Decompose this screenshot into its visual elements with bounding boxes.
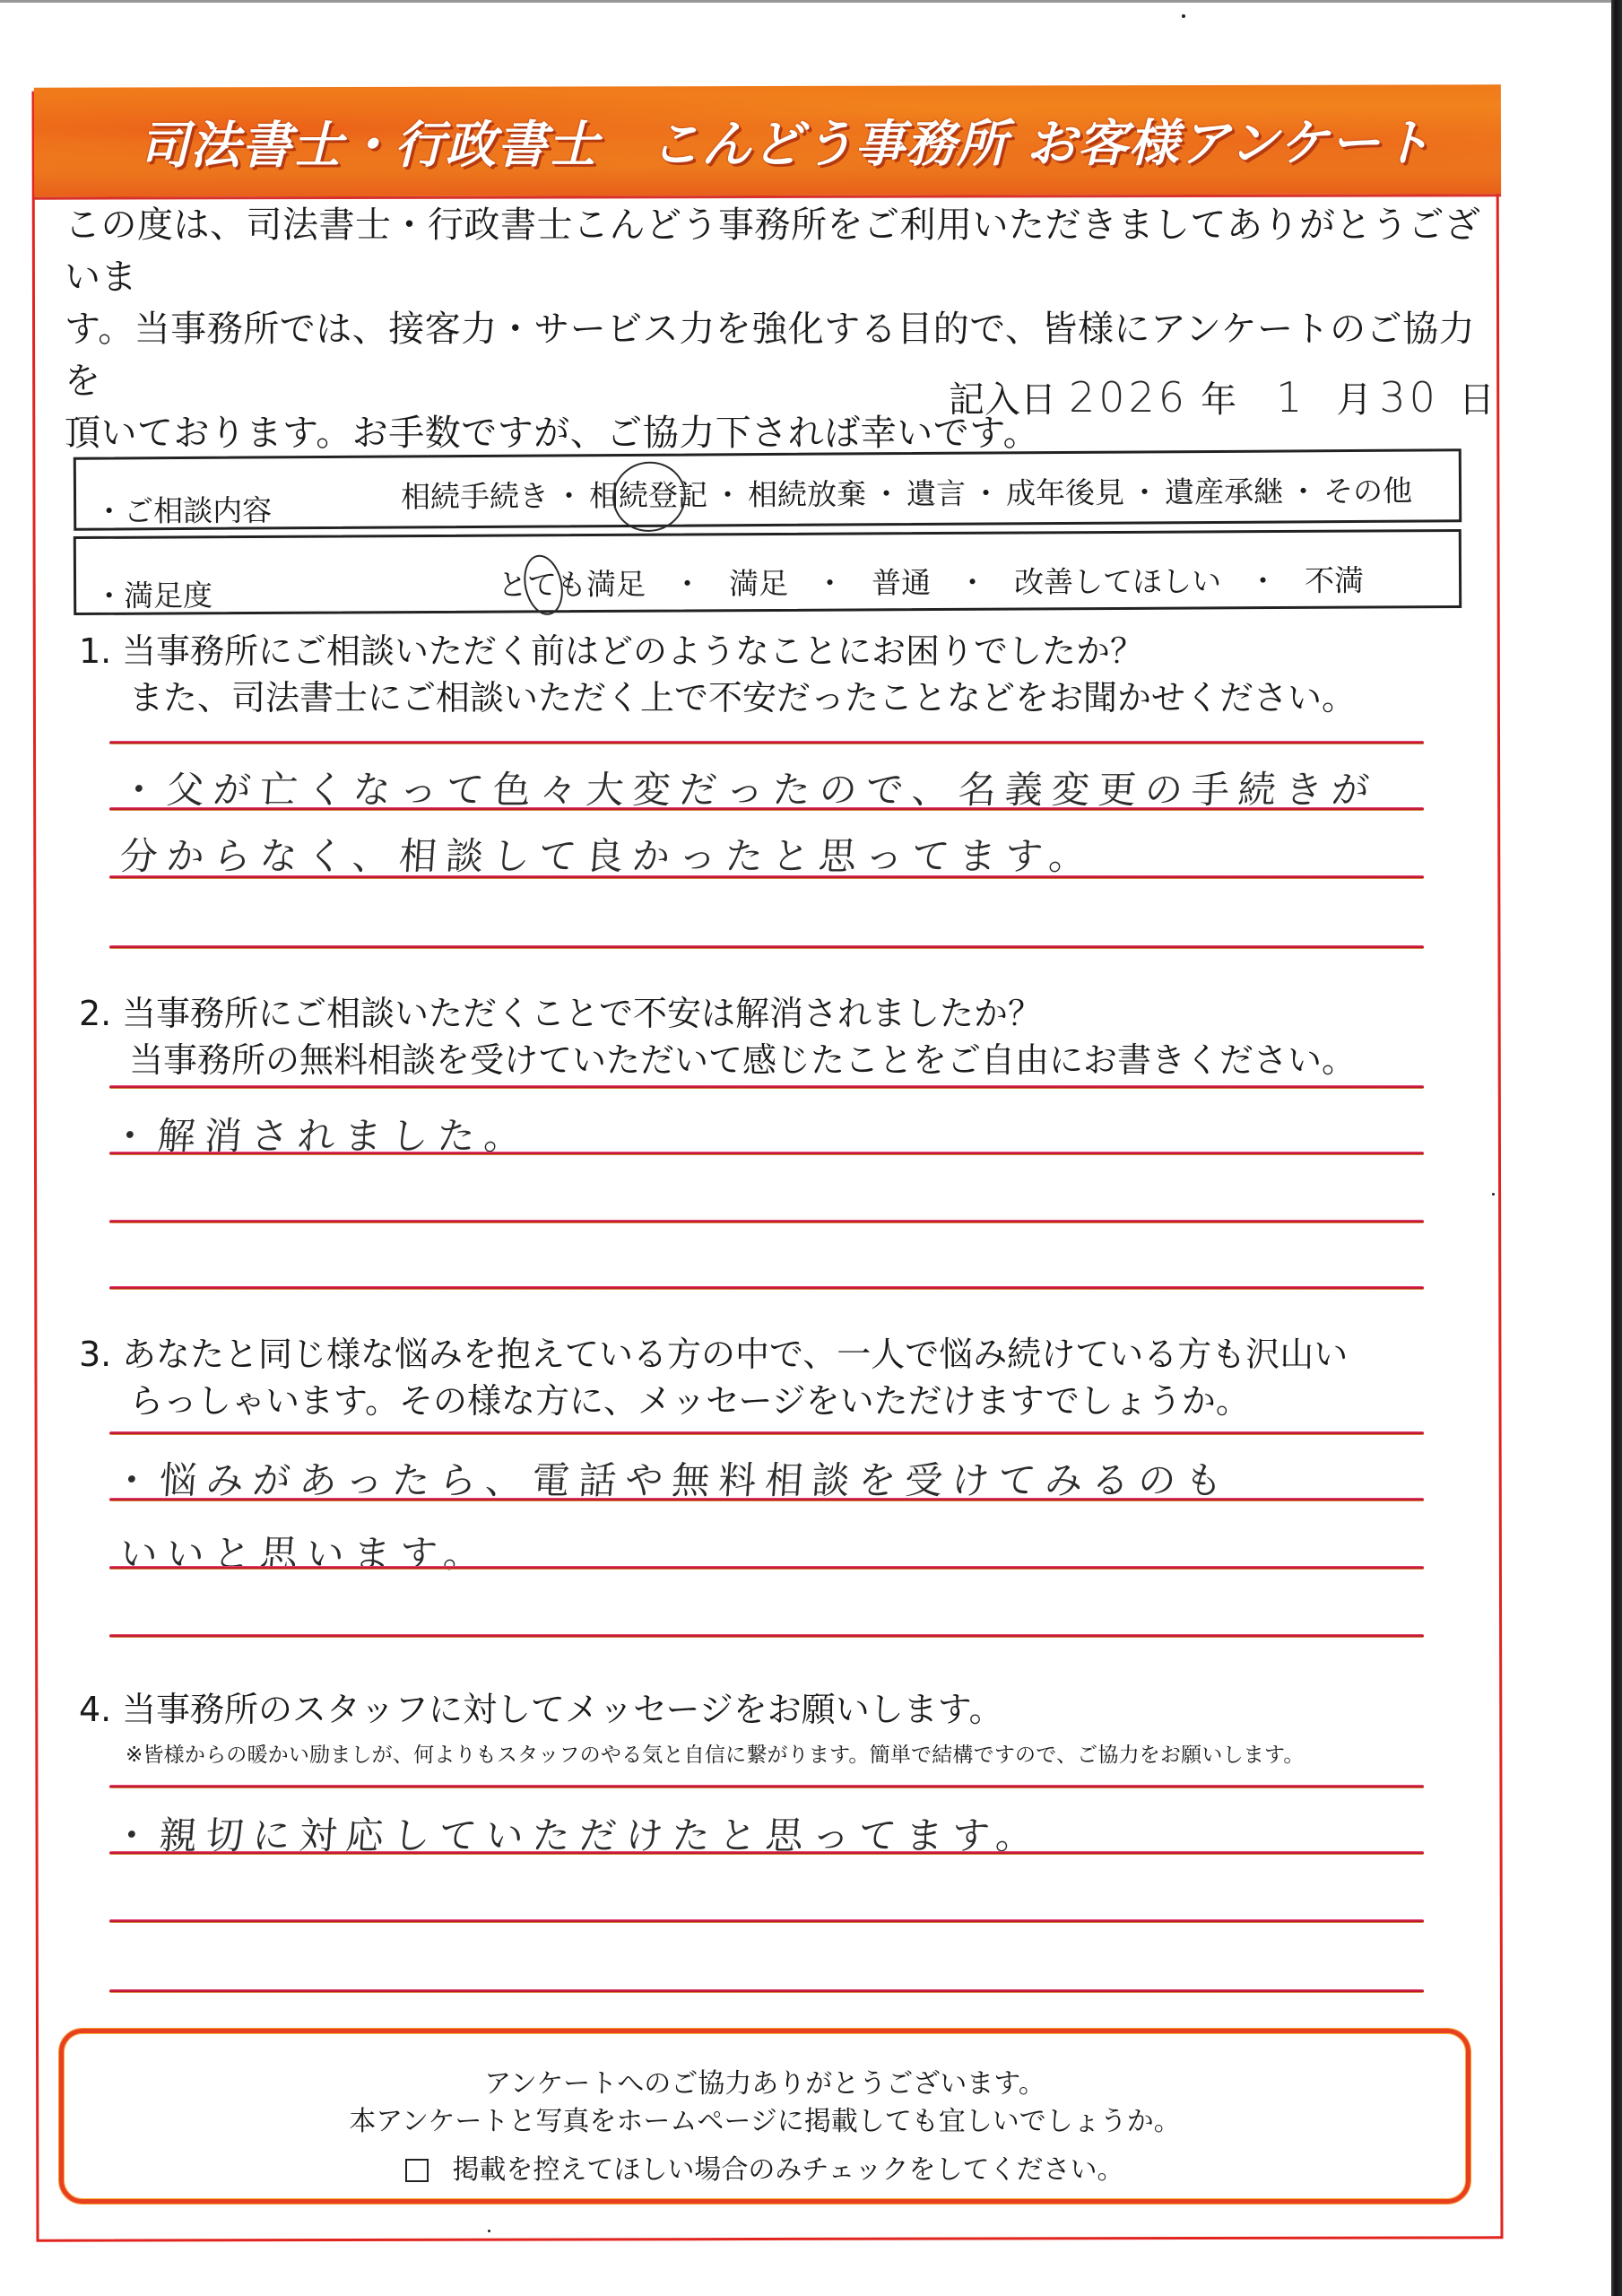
separator: ・ — [958, 560, 987, 602]
survey-title: 司法書士・行政書士 こんどう事務所 お客様アンケート — [139, 103, 1432, 178]
question-number: 2. — [79, 990, 122, 1037]
satisfaction-label: ・満足度 — [94, 572, 213, 615]
date-label: 記入日 — [949, 371, 1056, 422]
answer-rule — [109, 945, 1424, 949]
question-1-answer-line-2[interactable]: 分からなく、相談して良かったと思ってます。 — [118, 827, 1097, 881]
closing-publish-question: 本アンケートと写真をホームページに掲載しても宜しいでしょうか。 — [64, 2103, 1466, 2141]
question-3-answer-line-2[interactable]: いいと思います。 — [118, 1525, 492, 1578]
opt-out-checkbox[interactable] — [405, 2159, 429, 2182]
option-inheritance-renunciation[interactable]: 相続放棄 — [748, 471, 866, 514]
question-1-line-1: 1.当事務所にご相談いただく前はどのようなことにお困りでしたか？ — [79, 628, 1478, 674]
answer-rule — [109, 1785, 1424, 1788]
scan-right-edge — [1611, 0, 1622, 2296]
question-text: 当事務所にご相談いただくことで不安は解消されましたか？ — [122, 994, 1042, 1033]
answer-rule — [109, 1085, 1424, 1089]
option-neutral[interactable]: 普通 — [872, 560, 931, 602]
question-4-note: ※皆様からの暖かい励ましが、何よりもスタッフのやる気と自信に繋がります。簡単で結… — [79, 1738, 1478, 1768]
answer-rule — [109, 1431, 1424, 1435]
selected-circle-mark — [518, 552, 568, 619]
scan-speck — [1492, 1193, 1495, 1196]
question-1: 1.当事務所にご相談いただく前はどのようなことにお困りでしたか？ また、司法書士… — [79, 628, 1478, 721]
scan-top-edge — [0, 0, 1622, 3]
survey-header: 司法書士・行政書士 こんどう事務所 お客様アンケート — [34, 84, 1501, 199]
question-1-line-2: また、司法書士にご相談いただく上で不安だったことなどをお聞かせください。 — [79, 674, 1478, 721]
question-2-line-2: 当事務所の無料相談を受けていただいて感じたことをご自由にお書きください。 — [79, 1037, 1478, 1083]
answer-rule — [109, 807, 1424, 811]
opt-out-row: 掲載を控えてほしい場合のみチェックをしてください。 — [405, 2152, 1123, 2189]
question-text: 当事務所にご相談いただく前はどのようなことにお困りでしたか？ — [122, 631, 1144, 671]
scan-speck — [1182, 14, 1185, 18]
option-inheritance-registration[interactable]: 相続登記 — [589, 472, 707, 515]
question-text: 当事務所のスタッフに対してメッセージをお願いします。 — [122, 1690, 1003, 1729]
separator: ・ — [672, 561, 702, 603]
date-month-unit: 月 — [1336, 371, 1372, 422]
answer-rule — [109, 875, 1424, 879]
consultation-type-box: ・ご相談内容 相続手続き ・ 相続登記 ・ 相続放棄 ・ 遺言 ・ 成年後見 ・… — [74, 448, 1462, 530]
intro-line-1: この度は、司法書士・行政書士こんどう事務所をご利用いただきましてありがとうござい… — [65, 199, 1490, 303]
consultation-label: ・ご相談内容 — [94, 487, 272, 530]
question-1-answer-line-1[interactable]: ・父が亡くなって色々大変だったので、名義変更の手続きが — [118, 761, 1380, 814]
date-year-unit: 年 — [1201, 371, 1236, 422]
answer-rule — [109, 741, 1424, 744]
opt-out-label: 掲載を控えてほしい場合のみチェックをしてください。 — [452, 2152, 1123, 2189]
option-other[interactable]: その他 — [1323, 468, 1412, 511]
option-adult-guardianship[interactable]: 成年後見 — [1006, 470, 1124, 513]
answer-rule — [109, 1634, 1424, 1638]
separator: ・ — [1288, 468, 1318, 510]
separator: ・ — [1130, 469, 1159, 511]
question-4-line-1: 4.当事務所のスタッフに対してメッセージをお願いします。 — [79, 1686, 1478, 1733]
satisfaction-box: ・満足度 とても満足 ・ 満足 ・ 普通 ・ 改善してほしい ・ 不満 — [74, 529, 1462, 615]
separator: ・ — [971, 470, 1001, 512]
date-month[interactable]: 1 — [1276, 373, 1305, 422]
option-label: とても満足 — [498, 567, 646, 603]
separator: ・ — [713, 472, 742, 514]
question-number: 1. — [79, 628, 122, 674]
date-day[interactable]: 30 — [1379, 373, 1439, 422]
question-number: 3. — [79, 1331, 122, 1378]
answer-rule — [109, 1220, 1424, 1223]
consultation-options: 相続手続き ・ 相続登記 ・ 相続放棄 ・ 遺言 ・ 成年後見 ・ 遺産承継 ・… — [401, 468, 1412, 517]
question-4: 4.当事務所のスタッフに対してメッセージをお願いします。 ※皆様からの暖かい励ま… — [79, 1686, 1478, 1768]
question-3-line-1: 3.あなたと同じ様な悩みを抱えている方の中で、一人で悩み続けている方も沢山い — [79, 1331, 1478, 1378]
answer-rule — [109, 1919, 1424, 1923]
question-3-answer-line-1[interactable]: ・悩みがあったら、電話や無料相談を受けてみるのも — [111, 1451, 1234, 1505]
question-text: あなたと同じ様な悩みを抱えている方の中で、一人で悩み続けている方も沢山い — [122, 1335, 1348, 1374]
option-will[interactable]: 遺言 — [906, 471, 966, 513]
date-year[interactable]: 2026 — [1069, 373, 1188, 422]
scan-speck — [488, 2230, 490, 2232]
question-3: 3.あなたと同じ様な悩みを抱えている方の中で、一人で悩み続けている方も沢山い ら… — [79, 1331, 1478, 1424]
answer-rule — [109, 1152, 1424, 1155]
answer-rule — [109, 1566, 1424, 1570]
closing-box: アンケートへのご協力ありがとうございます。 本アンケートと写真をホームページに掲… — [59, 2029, 1470, 2204]
separator: ・ — [815, 561, 845, 603]
answer-rule — [109, 1851, 1424, 1855]
date-day-unit: 日 — [1459, 371, 1495, 422]
selected-circle-mark — [606, 455, 693, 539]
question-3-line-2: らっしゃいます。その様な方に、メッセージをいただけますでしょうか。 — [79, 1378, 1478, 1424]
option-very-satisfied[interactable]: とても満足 — [498, 561, 646, 604]
answer-rule — [109, 1989, 1424, 1993]
separator: ・ — [554, 473, 584, 515]
option-satisfied[interactable]: 満足 — [729, 561, 788, 603]
option-needs-improvement[interactable]: 改善してほしい — [1014, 558, 1221, 601]
entry-date: 記入日 2026 年 1 月 30 日 — [949, 371, 1495, 422]
separator: ・ — [1248, 558, 1278, 600]
question-2: 2.当事務所にご相談いただくことで不安は解消されましたか？ 当事務所の無料相談を… — [79, 990, 1478, 1083]
option-estate-succession[interactable]: 遺産承継 — [1165, 468, 1283, 511]
answer-rule — [109, 1286, 1424, 1290]
separator: ・ — [872, 471, 901, 513]
closing-thanks: アンケートへのご協力ありがとうございます。 — [64, 2066, 1466, 2103]
option-inheritance-procedure[interactable]: 相続手続き — [401, 473, 549, 516]
option-dissatisfied[interactable]: 不満 — [1305, 558, 1364, 600]
question-2-line-1: 2.当事務所にご相談いただくことで不安は解消されましたか？ — [79, 990, 1478, 1037]
satisfaction-options: とても満足 ・ 満足 ・ 普通 ・ 改善してほしい ・ 不満 — [498, 558, 1364, 604]
answer-rule — [109, 1498, 1424, 1501]
question-number: 4. — [79, 1686, 122, 1733]
